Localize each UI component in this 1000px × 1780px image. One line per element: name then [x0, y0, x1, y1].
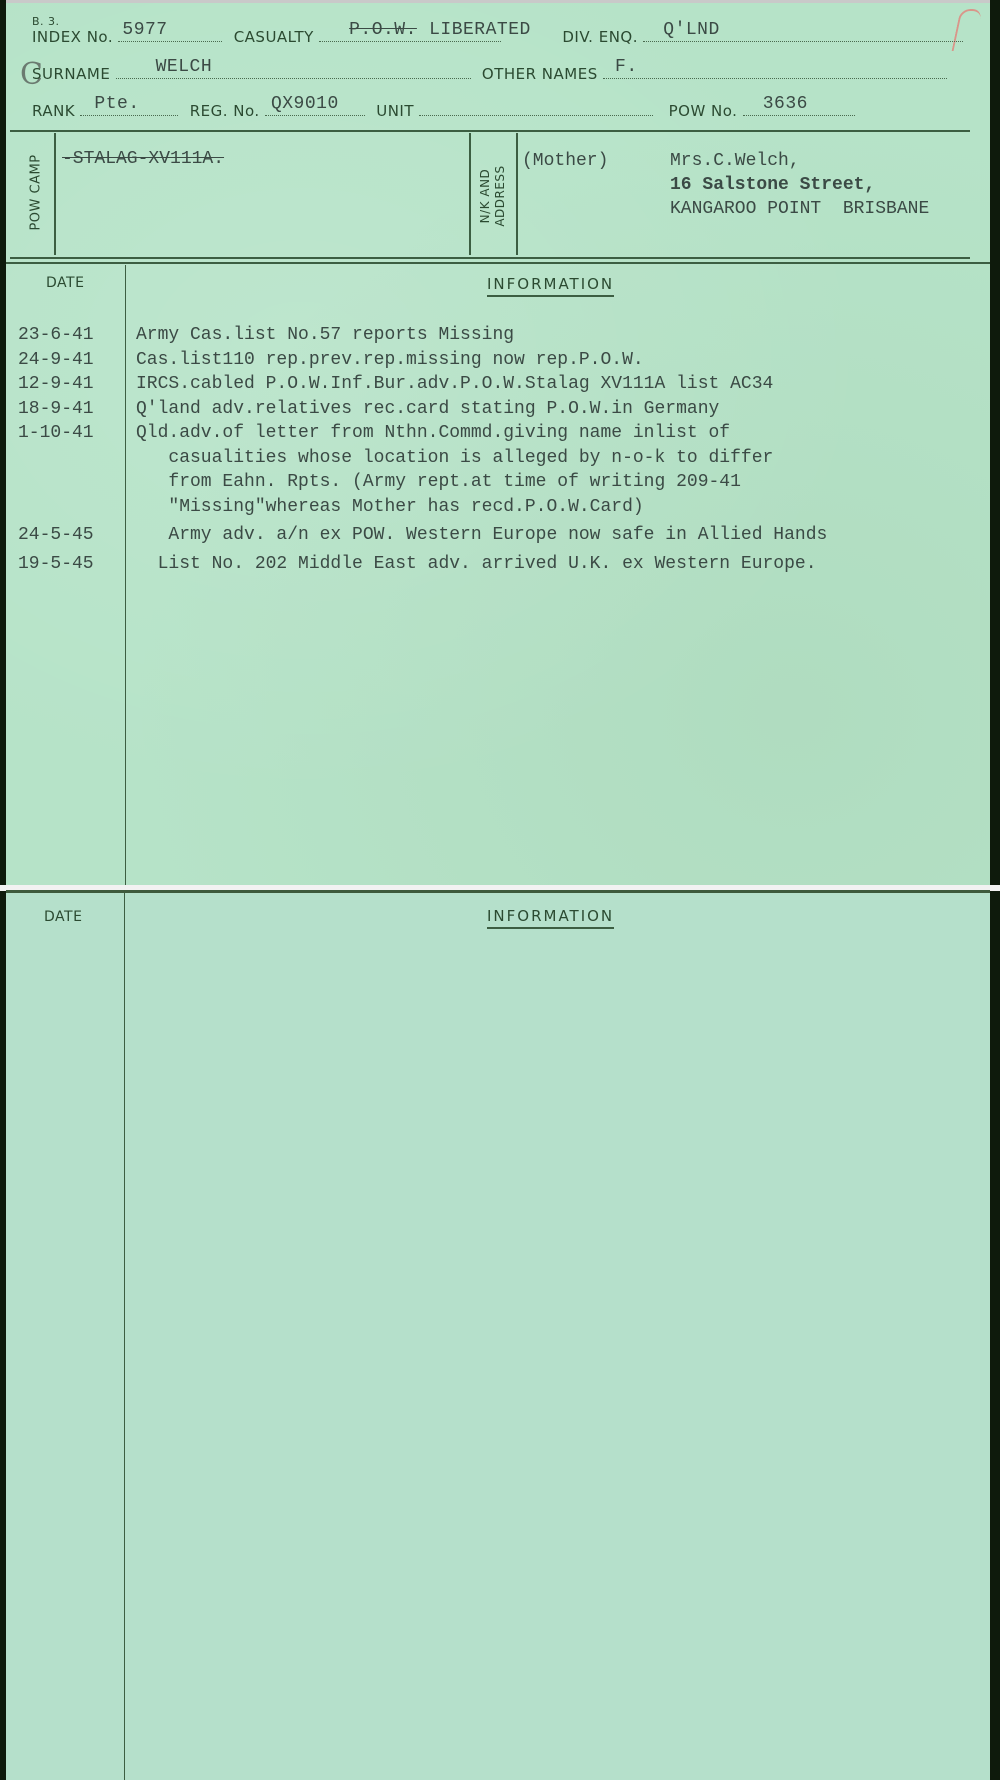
rank-value: Pte.: [94, 94, 139, 114]
entry-text-line: "Missing"whereas Mother has recd.P.O.W.C…: [136, 497, 644, 517]
rule-pow-label: [54, 133, 56, 255]
row-index: INDEX No. 5977 CASUALTY P.O.W. LIBERATED…: [32, 27, 963, 46]
entry-date: 1-10-41: [18, 423, 94, 443]
casualty-field: P.O.W. LIBERATED: [319, 27, 501, 42]
other-names-label: OTHER NAMES: [482, 65, 598, 83]
entry-date: 12-9-41: [18, 374, 94, 394]
surname-label: SURNAME: [32, 65, 110, 83]
reg-no-value: QX9010: [271, 94, 339, 114]
entry-text-line: Army Cas.list No.57 reports Missing: [136, 325, 514, 345]
casualty-value: LIBERATED: [429, 20, 531, 40]
casualty-label: CASUALTY: [234, 28, 314, 46]
information-column-header-reverse: INFORMATION: [487, 907, 614, 929]
nok-address-line3: KANGAROO POINT BRISBANE: [670, 199, 929, 219]
surname-value: WELCH: [156, 57, 213, 77]
rule-nok-left: [469, 133, 471, 255]
nok-relation: (Mother): [522, 151, 608, 171]
entry-date: 19-5-45: [18, 554, 94, 574]
other-names-value: F.: [615, 57, 638, 77]
casualty-card-reverse: DATE INFORMATION: [6, 890, 990, 1780]
reg-no-field: QX9010: [265, 101, 365, 116]
entry-text-line: Qld.adv.of letter from Nthn.Commd.giving…: [136, 423, 730, 443]
pow-no-field: 3636: [743, 101, 855, 116]
index-label: INDEX No.: [32, 28, 113, 46]
div-enq-value: Q'LND: [663, 20, 720, 40]
other-names-field: F.: [603, 64, 947, 79]
div-enq-field: Q'LND: [643, 27, 963, 42]
index-field: 5977: [118, 27, 222, 42]
rule-nok-right: [516, 133, 518, 255]
nok-label-line2: ADDRESS: [493, 156, 508, 236]
entry-date: 24-5-45: [18, 525, 94, 545]
div-enq-label: DIV. ENQ.: [562, 28, 638, 46]
rule-date-column: [125, 265, 126, 889]
reg-no-label: REG. No.: [190, 102, 260, 120]
entry-text-line: Cas.list110 rep.prev.rep.missing now rep…: [136, 350, 644, 370]
entry-text-line: casualities whose location is alleged by…: [136, 448, 773, 468]
entry-text-line: IRCS.cabled P.O.W.Inf.Bur.adv.P.O.W.Stal…: [136, 374, 773, 394]
date-column-header-reverse: DATE: [44, 909, 82, 925]
pow-no-value: 3636: [763, 94, 808, 114]
date-column-header: DATE: [46, 275, 84, 291]
row-rank: RANK Pte. REG. No. QX9010 UNIT POW No. 3…: [32, 101, 855, 120]
entry-date: 23-6-41: [18, 325, 94, 345]
row-surname: SURNAME WELCH OTHER NAMES F.: [32, 64, 947, 83]
entry-text-line: Q'land adv.relatives rec.card stating P.…: [136, 399, 719, 419]
rank-label: RANK: [32, 102, 75, 120]
rule-top: [10, 130, 970, 132]
nok-label: N/K AND ADDRESS: [478, 156, 508, 236]
entry-date: 24-9-41: [18, 350, 94, 370]
nok-address-line1: Mrs.C.Welch,: [670, 151, 800, 171]
pow-camp-value: -STALAG-XV111A.: [62, 149, 224, 169]
unit-label: UNIT: [376, 102, 414, 120]
surname-field: WELCH: [116, 64, 471, 79]
index-value: 5977: [122, 20, 167, 40]
nok-address-line2: 16 Salstone Street,: [670, 175, 875, 195]
casualty-struck-value: P.O.W.: [349, 20, 417, 40]
unit-field: [419, 101, 653, 116]
rule-date-column-reverse: [124, 893, 125, 1780]
entry-text-line: from Eahn. Rpts. (Army rept.at time of w…: [136, 472, 741, 492]
entry-date: 18-9-41: [18, 399, 94, 419]
pow-no-label: POW No.: [669, 102, 738, 120]
rule-double-2: [6, 262, 990, 264]
entry-text-line: Army adv. a/n ex POW. Western Europe now…: [136, 525, 827, 545]
information-column-header: INFORMATION: [487, 275, 614, 297]
rule-double-1: [10, 257, 970, 259]
nok-label-line1: N/K AND: [478, 156, 493, 236]
pow-camp-label: POW CAMP: [29, 153, 44, 233]
entry-text-line: List No. 202 Middle East adv. arrived U.…: [136, 554, 817, 574]
casualty-card-front: B. 3. C INDEX No. 5977 CASUALTY P.O.W. L…: [6, 0, 990, 889]
rank-field: Pte.: [80, 101, 178, 116]
